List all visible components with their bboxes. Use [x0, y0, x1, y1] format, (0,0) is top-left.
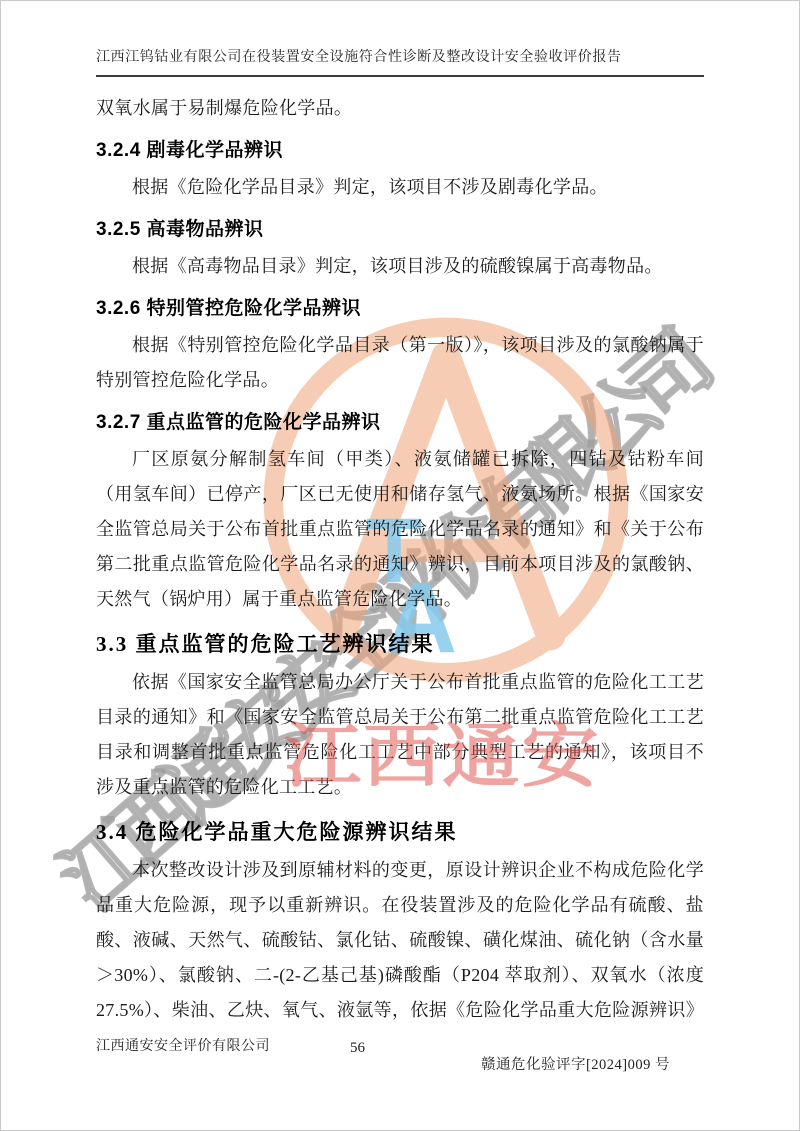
footer-document-number: 赣通危化验评字[2024]009 号	[481, 1053, 670, 1074]
section-heading-3-3: 3.3 重点监管的危险工艺辨识结果	[96, 629, 704, 659]
document-content: 江西江钨钴业有限公司在役装置安全设施符合性诊断及整改设计安全验收评价报告 双氧水…	[0, 0, 800, 1028]
section-heading-3-2-6: 3.2.6 特别管控危险化学品辨识	[96, 296, 704, 322]
section-paragraph-3-2-5: 根据《高毒物品目录》判定，该项目涉及的硫酸镍属于高毒物品。	[96, 249, 704, 284]
footer-company-name: 江西通安安全评价有限公司	[96, 1035, 270, 1055]
section-heading-3-2-5: 3.2.5 高毒物品辨识	[96, 217, 704, 243]
report-page: 江西通安安全评价有限公司 T A 江西通安 江西江钨钴业有限公司在役装置安全设施…	[0, 0, 800, 1131]
page-number: 56	[350, 1040, 365, 1057]
section-heading-3-2-4: 3.2.4 剧毒化学品辨识	[96, 138, 704, 164]
section-paragraph-3-3: 依据《国家安全监管总局办公厅关于公布首批重点监管的危险化工工艺目录的通知》和《国…	[96, 665, 704, 805]
section-heading-3-4: 3.4 危险化学品重大危险源辨识结果	[96, 817, 704, 847]
section-paragraph-3-2-4: 根据《危险化学品目录》判定，该项目不涉及剧毒化学品。	[96, 170, 704, 205]
section-paragraph-3-2-7: 厂区原氨分解制氢车间（甲类）、液氨储罐已拆除，四钴及钴粉车间（用氢车间）已停产，…	[96, 442, 704, 617]
page-header: 江西江钨钴业有限公司在役装置安全设施符合性诊断及整改设计安全验收评价报告	[96, 0, 704, 77]
section-paragraph-3-2-6: 根据《特别管控危险化学品目录（第一版）》，该项目涉及的氯酸钠属于特别管控危险化学…	[96, 328, 704, 398]
section-heading-3-2-7: 3.2.7 重点监管的危险化学品辨识	[96, 410, 704, 436]
report-title: 江西江钨钴业有限公司在役装置安全设施符合性诊断及整改设计安全验收评价报告	[96, 50, 622, 65]
intro-paragraph: 双氧水属于易制爆危险化学品。	[96, 91, 704, 126]
section-paragraph-3-4: 本次整改设计涉及到原辅材料的变更，原设计辨识企业不构成危险化学品重大危险源，现予…	[96, 853, 704, 1028]
